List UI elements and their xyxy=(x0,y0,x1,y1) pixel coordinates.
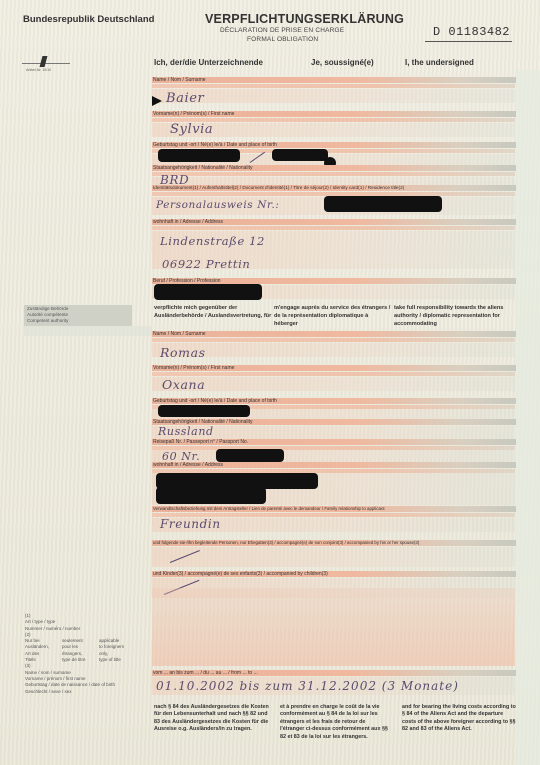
intro-de: Ich, der/die Unterzeichnende xyxy=(154,58,263,67)
field-stripe xyxy=(152,338,515,342)
logo-mark-icon xyxy=(40,56,48,67)
field-label-birth: Geburtstag und -ort / Né(e) le/à / Date … xyxy=(152,142,516,148)
inviter-id-document-value: Personalausweis Nr.: xyxy=(156,199,280,211)
logo-caption: Artikel-Nr. 10/10 xyxy=(26,68,51,72)
inviter-address-city: 06922 Prettin xyxy=(162,257,250,271)
field-surname[interactable] xyxy=(152,89,515,103)
redaction-passport-number xyxy=(216,449,284,462)
note-2-cell: type of title xyxy=(99,657,121,663)
authority-label-en: Competent authority xyxy=(27,318,129,324)
field-label-first-name: Vorname(n) / Prénom(s) / First name xyxy=(152,111,516,117)
period-value: 01.10.2002 bis zum 31.12.2002 (3 Monate) xyxy=(156,679,459,693)
children-field-area xyxy=(152,588,515,666)
guest-label-passport: Reisepaß Nr. / Passeport n° / Passport N… xyxy=(152,439,516,445)
field-label-id-document: Identitätsdokument(1) / Aufenthaltstitel… xyxy=(152,185,516,191)
field-stripe xyxy=(152,172,515,176)
guest-field-first-name[interactable] xyxy=(152,377,515,391)
guest-first-name-value: Oxana xyxy=(162,377,205,392)
note-3-line: Geschlecht / sexe / sex xyxy=(25,689,155,695)
field-stripe xyxy=(152,226,515,230)
redaction-id-number xyxy=(324,196,442,212)
obligation-fr: m'engage auprès du service des étrangers… xyxy=(274,304,392,328)
redaction-birth-date xyxy=(158,149,240,162)
redaction-birth-place xyxy=(272,149,328,161)
logo-line xyxy=(22,63,70,64)
country-name: Bundesrepublik Deutschland xyxy=(23,14,154,25)
field-label-surname: Name / Nom / Surname xyxy=(152,77,516,83)
obligation-en: take full responsibility towards the ali… xyxy=(394,304,516,328)
footer-en: and for bearing the living costs accordi… xyxy=(402,704,517,734)
guest-label-first-name: Vorname(n) / Prénom(s) / First name xyxy=(152,365,516,371)
field-label-address: wohnhaft in / Adresse / Address xyxy=(152,219,516,225)
guest-relationship-value: Freundin xyxy=(160,517,221,531)
note-2-cell: type de titre xyxy=(62,657,99,663)
field-stripe xyxy=(152,372,515,376)
competent-authority-label: Zuständige Behörde Autorité compétente C… xyxy=(24,305,132,326)
obligation-de: verpflichte mich gegenüber der Ausländer… xyxy=(154,304,274,320)
field-stripe xyxy=(152,84,515,88)
inviter-surname-value: Baier xyxy=(166,91,204,106)
guest-field-spouse[interactable] xyxy=(152,547,515,567)
intro-fr: Je, soussigné(e) xyxy=(311,58,374,67)
document-number: D 01183482 xyxy=(425,25,512,42)
redaction-guest-address-2 xyxy=(156,487,266,504)
margin-band xyxy=(515,70,540,765)
footnotes: (1) Art / type / type Nummer / numéro / … xyxy=(25,613,155,695)
inviter-first-name-value: Sylvia xyxy=(170,122,213,137)
document-title: VERPFLICHTUNGSERKLÄRUNG xyxy=(205,12,404,26)
printer-logo: Artikel-Nr. 10/10 xyxy=(22,56,70,74)
redaction-guest-birth xyxy=(158,405,250,417)
guest-label-children: und Kinder(3) / accompagné(e) de ses enf… xyxy=(152,571,516,577)
footer-fr: et à prendre en charge le coût de la vie… xyxy=(280,704,390,741)
inviter-address-street: Lindenstraße 12 xyxy=(160,234,265,248)
document-subtitle-fr: DÉCLARATION DE PRISE EN CHARGE xyxy=(220,27,344,34)
guest-label-relationship: Verwandtschaftsbeziehung mit dem Antrags… xyxy=(152,506,516,512)
guest-surname-value: Romas xyxy=(160,345,206,360)
period-label: vom ... an bis zum ... / du ... au ... /… xyxy=(152,670,516,676)
document-subtitle-en: FORMAL OBLIGATION xyxy=(247,36,318,43)
guest-field-surname[interactable] xyxy=(152,343,515,357)
pointer-arrow-icon xyxy=(152,96,162,106)
authority-band xyxy=(24,326,152,336)
redaction-profession xyxy=(154,284,262,300)
guest-label-spouse: und folgende sie-/ihn begleitende Person… xyxy=(152,540,516,546)
field-label-nationality: Staatsangehörigkeit / Nationalité / Nati… xyxy=(152,165,516,171)
guest-nationality-value: Russland xyxy=(158,425,214,438)
guest-label-surname: Name / Nom / Surname xyxy=(152,331,516,337)
guest-label-address: wohnhaft in / Adresse / Address xyxy=(152,462,516,468)
guest-label-birth: Geburtstag und -ort / Né(e) le/à / Date … xyxy=(152,398,516,404)
intro-en: I, the undersigned xyxy=(405,58,474,67)
footer-de: nach § 84 des Ausländergesetzes die Kost… xyxy=(154,704,274,734)
